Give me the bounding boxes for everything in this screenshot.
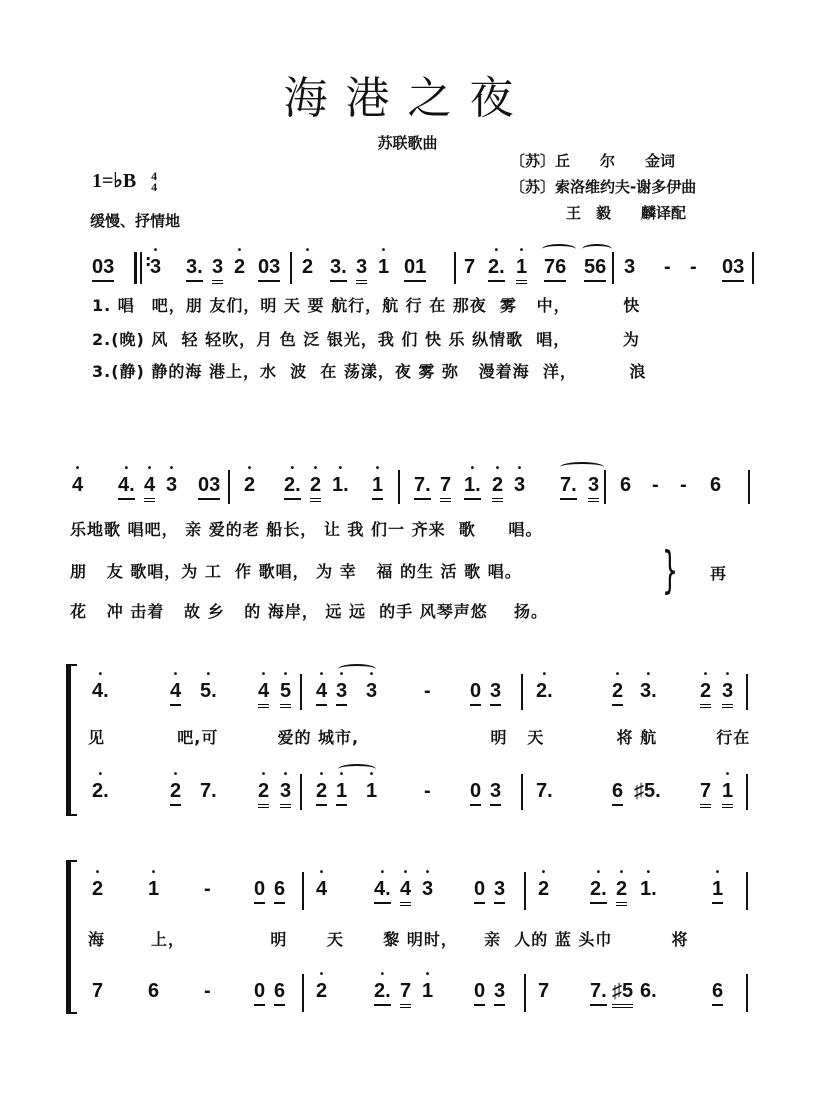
jianpu-note: 0 — [254, 878, 265, 904]
jianpu-note: 3• — [422, 878, 433, 900]
octave-dot-above: • — [542, 870, 546, 876]
jianpu-note: 1• — [148, 878, 159, 900]
barline — [524, 872, 526, 910]
jianpu-note: 0 — [254, 980, 265, 1006]
barline — [746, 872, 748, 910]
octave-dot-above: • — [620, 870, 624, 876]
barline — [302, 974, 304, 1012]
octave-dot-above: • — [716, 870, 720, 876]
jianpu-note: 4.• — [374, 878, 391, 904]
note-extension-dash: - — [204, 980, 211, 1002]
octave-dot-above: • — [96, 870, 100, 876]
jianpu-note: 4• — [400, 878, 411, 906]
octave-dot-above: • — [320, 870, 324, 876]
jianpu-note: 6 — [274, 980, 285, 1006]
jianpu-note: 7. — [590, 980, 607, 1006]
jianpu-note: 7 — [538, 980, 549, 1002]
barline — [524, 974, 526, 1012]
jianpu-note: 7 — [400, 980, 411, 1008]
jianpu-note: 2.• — [374, 980, 391, 1006]
jianpu-note: 0 — [474, 980, 485, 1006]
jianpu-note: 1.• — [640, 878, 657, 900]
note-extension-dash: - — [204, 878, 211, 900]
jianpu-note: 2• — [316, 980, 327, 1002]
jianpu-note: 3 — [494, 878, 505, 904]
jianpu-note: 2• — [616, 878, 627, 906]
jianpu-note: 2.• — [590, 878, 607, 904]
lyric-line: 海 上， 明 天 黎 明时， 亲 人的 蓝 头巾 将 — [88, 930, 689, 950]
jianpu-note: 6. — [640, 980, 657, 1002]
jianpu-note: 2• — [538, 878, 549, 900]
jianpu-note: 6 — [274, 878, 285, 904]
jianpu-note: 1• — [712, 878, 723, 904]
octave-dot-above: • — [381, 870, 385, 876]
jianpu-note: 4• — [316, 878, 327, 900]
octave-dot-above: • — [320, 972, 324, 978]
jianpu-note: 7 — [92, 980, 103, 1002]
jianpu-note: 6 — [148, 980, 159, 1002]
staff-bracket — [66, 860, 77, 1014]
score-system-4: 海 上， 明 天 黎 明时， 亲 人的 蓝 头巾 将 2•1•-064•4.•4… — [0, 0, 815, 1098]
octave-dot-above: • — [426, 870, 430, 876]
jianpu-note: 3 — [494, 980, 505, 1006]
jianpu-note: 2• — [92, 878, 103, 900]
octave-dot-above: • — [597, 870, 601, 876]
jianpu-note: 0 — [474, 878, 485, 904]
barline — [746, 974, 748, 1012]
octave-dot-above: • — [647, 870, 651, 876]
octave-dot-above: • — [381, 972, 385, 978]
jianpu-note: 6 — [712, 980, 723, 1006]
octave-dot-above: • — [426, 972, 430, 978]
jianpu-note: 1• — [422, 980, 433, 1002]
octave-dot-above: • — [152, 870, 156, 876]
octave-dot-above: • — [404, 870, 408, 876]
barline — [302, 872, 304, 910]
jianpu-note: ♯5 — [612, 980, 633, 1008]
